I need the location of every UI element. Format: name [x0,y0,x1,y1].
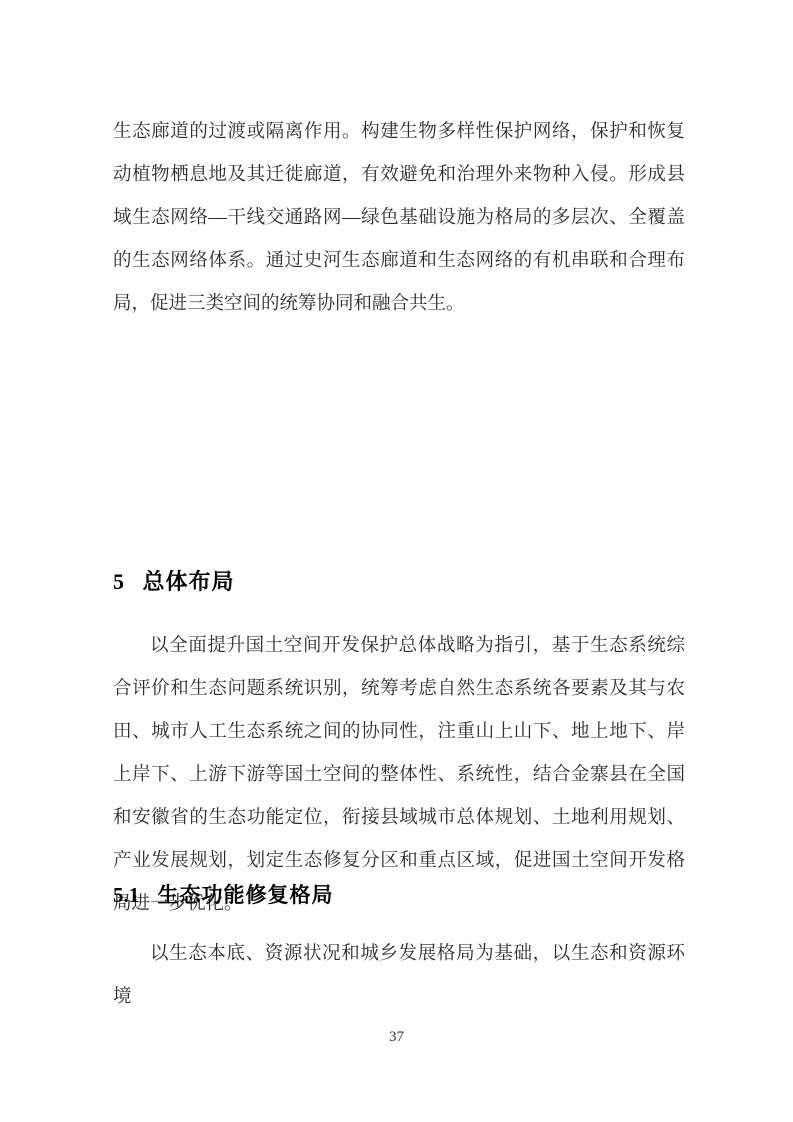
continuation-paragraph: 生态廊道的过渡或隔离作用。构建生物多样性保护网络，保护和恢复动植物栖息地及其迁徙… [113,111,685,326]
subsection-title: 生态功能修复格局 [158,880,334,910]
subsection-heading: 5.1 生态功能修复格局 [113,880,685,910]
document-page: 生态廊道的过渡或隔离作用。构建生物多样性保护网络，保护和恢复动植物栖息地及其迁徙… [0,0,793,1122]
section-heading: 5 总体布局 [113,566,685,598]
section-number: 5 [113,566,124,598]
page-number: 37 [0,1027,793,1047]
section-title: 总体布局 [143,566,235,598]
subsection-paragraph: 以生态本底、资源状况和城乡发展格局为基础，以生态和资源环境 [113,933,685,1019]
subsection-number: 5.1 [113,880,139,910]
